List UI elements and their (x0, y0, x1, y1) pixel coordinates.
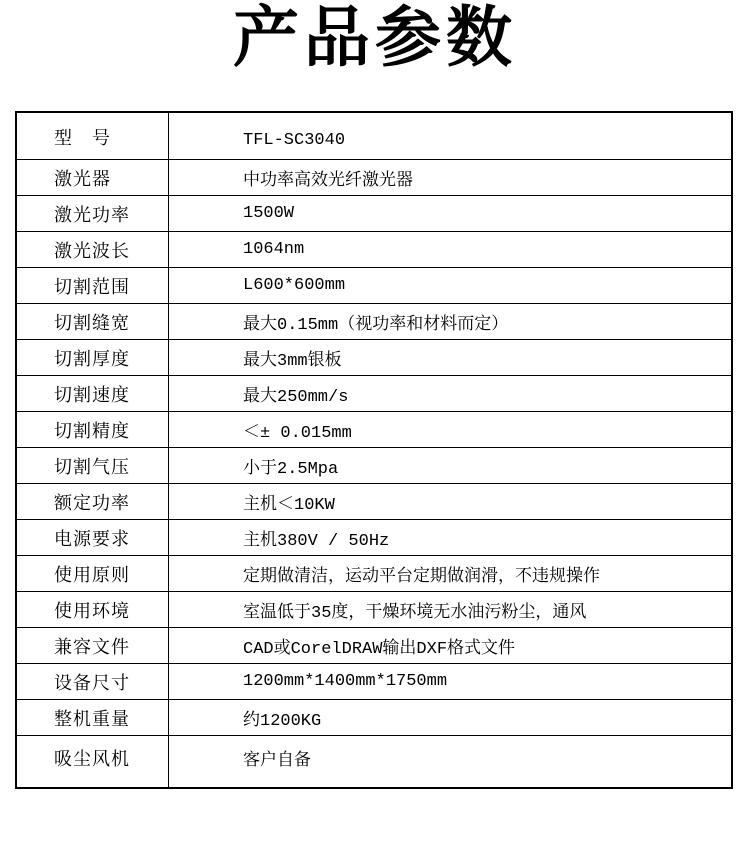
spec-value: TFL-SC3040 (169, 113, 731, 159)
table-row: 激光波长1064nm (17, 231, 731, 267)
table-row: 切割速度最大250mm/s (17, 375, 731, 411)
spec-value: 1500W (169, 196, 731, 231)
spec-value: 客户自备 (169, 736, 731, 787)
spec-value: 最大3mm银板 (169, 340, 731, 375)
spec-label: 切割精度 (17, 412, 169, 447)
spec-label: 整机重量 (17, 700, 169, 735)
spec-value: L600*600mm (169, 268, 731, 303)
spec-label: 切割速度 (17, 376, 169, 411)
spec-value: 最大250mm/s (169, 376, 731, 411)
spec-label: 切割气压 (17, 448, 169, 483)
product-spec-table: 型 号TFL-SC3040激光器中功率高效光纤激光器激光功率1500W激光波长1… (15, 111, 733, 789)
table-row: 吸尘风机客户自备 (17, 735, 731, 787)
table-row: 额定功率主机＜10KW (17, 483, 731, 519)
spec-label: 激光波长 (17, 232, 169, 267)
spec-label: 吸尘风机 (17, 736, 169, 787)
spec-label: 型 号 (17, 113, 169, 159)
page-title: 产品参数 (0, 0, 750, 73)
spec-value: ＜± 0.015mm (169, 412, 731, 447)
spec-label: 使用环境 (17, 592, 169, 627)
table-row: 设备尺寸1200mm*1400mm*1750mm (17, 663, 731, 699)
spec-label: 激光器 (17, 160, 169, 195)
spec-label: 切割缝宽 (17, 304, 169, 339)
spec-value: 主机＜10KW (169, 484, 731, 519)
table-row: 使用环境室温低于35度，干燥环境无水油污粉尘，通风 (17, 591, 731, 627)
spec-label: 额定功率 (17, 484, 169, 519)
spec-value: 最大0.15mm（视功率和材料而定） (169, 304, 731, 339)
spec-value: 1200mm*1400mm*1750mm (169, 664, 731, 699)
spec-value: 中功率高效光纤激光器 (169, 160, 731, 195)
spec-value: 小于2.5Mpa (169, 448, 731, 483)
spec-label: 切割厚度 (17, 340, 169, 375)
table-row: 切割缝宽最大0.15mm（视功率和材料而定） (17, 303, 731, 339)
table-row: 激光器中功率高效光纤激光器 (17, 159, 731, 195)
spec-label: 设备尺寸 (17, 664, 169, 699)
spec-label: 切割范围 (17, 268, 169, 303)
spec-value: 1064nm (169, 232, 731, 267)
spec-value: 室温低于35度，干燥环境无水油污粉尘，通风 (169, 592, 731, 627)
table-row: 激光功率1500W (17, 195, 731, 231)
table-row: 切割范围L600*600mm (17, 267, 731, 303)
table-row: 使用原则定期做清洁，运动平台定期做润滑，不违规操作 (17, 555, 731, 591)
spec-label: 电源要求 (17, 520, 169, 555)
spec-label: 激光功率 (17, 196, 169, 231)
table-row: 电源要求主机380V / 50Hz (17, 519, 731, 555)
spec-value: CAD或CorelDRAW输出DXF格式文件 (169, 628, 731, 663)
spec-label: 兼容文件 (17, 628, 169, 663)
table-row: 切割精度＜± 0.015mm (17, 411, 731, 447)
table-row: 切割气压小于2.5Mpa (17, 447, 731, 483)
product-parameters-page: 产品参数 型 号TFL-SC3040激光器中功率高效光纤激光器激光功率1500W… (0, 0, 750, 857)
table-row: 兼容文件CAD或CorelDRAW输出DXF格式文件 (17, 627, 731, 663)
spec-value: 主机380V / 50Hz (169, 520, 731, 555)
table-row: 切割厚度最大3mm银板 (17, 339, 731, 375)
table-row: 型 号TFL-SC3040 (17, 113, 731, 159)
spec-value: 定期做清洁，运动平台定期做润滑，不违规操作 (169, 556, 731, 591)
table-row: 整机重量约1200KG (17, 699, 731, 735)
spec-value: 约1200KG (169, 700, 731, 735)
spec-label: 使用原则 (17, 556, 169, 591)
